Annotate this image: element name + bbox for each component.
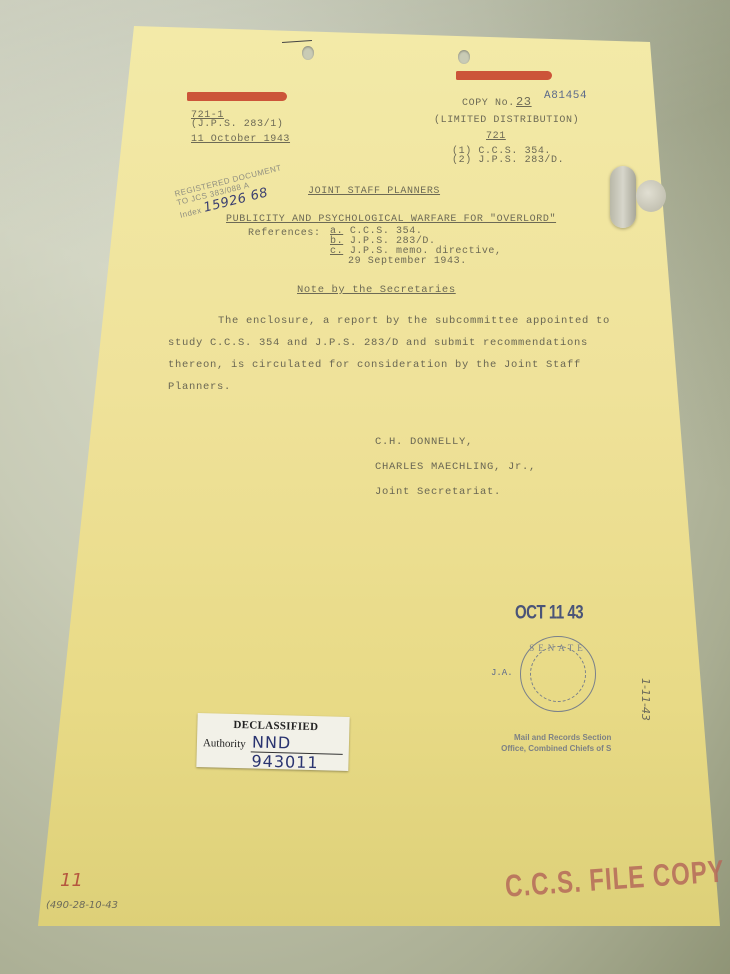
note-heading: Note by the Secretaries [297,284,456,296]
paper-clip [610,166,636,228]
references-label: References: [248,228,321,239]
subject-title: PUBLICITY AND PSYCHOLOGICAL WARFARE FOR … [226,214,556,225]
references-list: a. C.C.S. 354. b. J.P.S. 283/D. c. J.P.S… [330,227,502,267]
org-title: JOINT STAFF PLANNERS [308,186,440,197]
copy-label: COPY No. [462,98,515,109]
doc-ref: (J.P.S. 283/1) [191,119,283,130]
signatory-office: Joint Secretariat. [375,480,536,505]
office-line-2: Office, Combined Chiefs of S [500,743,611,754]
signature-block: C.H. DONNELLY, CHARLES MAECHLING, Jr., J… [375,430,536,505]
doc-date: 11 October 1943 [191,134,290,145]
distribution: (LIMITED DISTRIBUTION) [434,115,579,126]
body-line: Planners. [168,376,610,398]
punch-hole-right [458,50,470,64]
pencil-mark [282,40,312,43]
body-line: study C.C.S. 354 and J.P.S. 283/D and su… [168,332,610,354]
punch-hole-left [302,46,314,60]
coin-weight [636,180,666,212]
seal-text: SENATE [521,643,595,653]
redaction-bar-right [456,71,552,80]
office-stamp: Mail and Records Section Office, Combine… [500,732,611,754]
signatory-2: CHARLES MAECHLING, Jr., [375,455,536,480]
ref-number: 721 [486,131,506,142]
serial-number: A81454 [544,90,587,102]
body-line: The enclosure, a report by the subcommit… [168,310,610,332]
declassified-title: DECLASSIFIED [233,719,318,733]
right-ref-2: (2) J.P.S. 283/D. [452,155,564,166]
authority-label: Authority [203,737,246,750]
signatory-1: C.H. DONNELLY, [375,430,536,455]
seal-side-mark: J.A. [491,668,513,678]
body-line: thereon, is circulated for consideration… [168,354,610,376]
redaction-bar-left [187,92,287,101]
official-seal: SENATE [520,636,596,712]
body-paragraph: The enclosure, a report by the subcommit… [168,310,610,398]
margin-handwriting: 1-11-43 [639,678,652,721]
office-line-1: Mail and Records Section [500,732,611,743]
received-date-stamp: OCT 11 43 [515,601,583,623]
bottom-left-code: (490-28-10-43 [46,900,118,911]
declassified-label: DECLASSIFIED Authority NND 943011 [196,713,349,771]
bottom-left-mark: 11 [60,870,83,891]
reference-item: 29 September 1943. [330,257,502,267]
copy-number: 23 [516,95,532,109]
